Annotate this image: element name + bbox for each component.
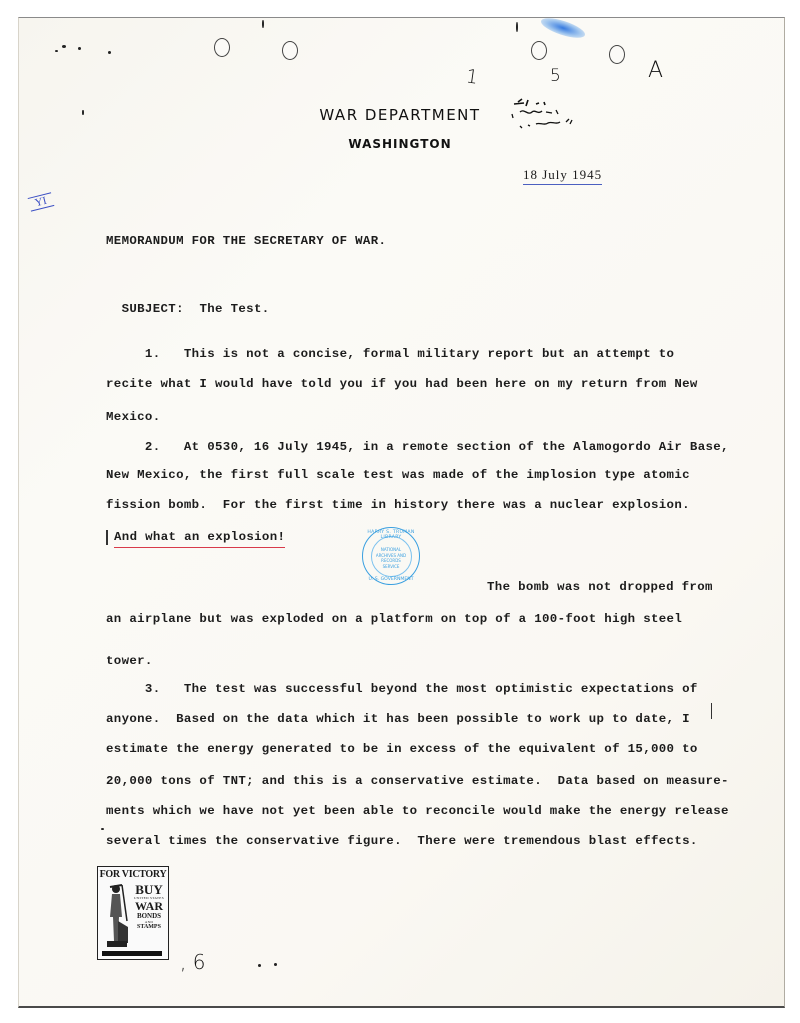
handwritten-scribble [508,98,588,136]
letterhead-title: WAR DEPARTMENT [0,106,800,124]
war-bond-buy: BUY [131,883,167,896]
memo-subject-line: SUBJECT: The Test. [106,288,270,316]
subject-value: The Test. [199,302,269,316]
paragraph-2-line-3: fission bomb. For the first time in hist… [106,498,690,512]
speck [108,51,111,54]
speck [258,964,261,967]
speck [62,45,66,48]
speck [274,963,277,966]
handwritten-page-mark: , 6 [180,950,205,974]
letterhead-location: WASHINGTON [0,137,800,151]
archive-stamp: HARRY S. TRUMAN LIBRARY NATIONAL ARCHIVE… [362,527,420,585]
document-page [18,17,785,1008]
punch-hole [609,45,625,64]
paragraph-1-line-3: Mexico. [106,410,161,424]
paragraph-2-line-5: The bomb was not dropped from [487,580,713,594]
paragraph-3-line-5: ments which we have not yet been able to… [106,804,729,818]
archive-stamp-line: SERVICE [363,564,419,570]
war-bond-stamps: STAMPS [131,924,167,931]
handwritten-mark-a: A [648,58,663,83]
speck [55,50,58,52]
margin-bar-mark [106,530,108,545]
paragraph-3-line-2: anyone. Based on the data which it has b… [106,712,690,726]
speck [262,20,264,28]
speck [82,110,84,115]
archive-stamp-top-text: HARRY S. TRUMAN LIBRARY [363,530,419,540]
margin-tick-mark [711,703,712,719]
war-bond-war: WAR [131,900,167,912]
minuteman-figure-icon [104,881,130,951]
subject-label: SUBJECT: [122,302,184,316]
paragraph-3-line-3: estimate the energy generated to be in e… [106,742,698,756]
war-bond-base-bar [102,951,162,956]
speck [101,828,104,830]
archive-stamp-bottom-text: U. S. GOVERNMENT [363,577,419,582]
war-bond-stamp: FOR VICTORY BUY UNITED STATES WAR BONDS … [97,866,169,960]
memo-date: 18 July 1945 [523,167,602,185]
paragraph-2-line-1: 2. At 0530, 16 July 1945, in a remote se… [106,440,729,454]
memo-addressee: MEMORANDUM FOR THE SECRETARY OF WAR. [106,234,386,248]
paragraph-2-line-7: tower. [106,654,153,668]
war-bond-top-text: FOR VICTORY [98,869,168,880]
paragraph-3-line-6: several times the conservative figure. T… [106,834,698,848]
paragraph-1-line-1: 1. This is not a concise, formal militar… [106,347,674,361]
war-bond-bonds: BONDS [131,912,167,920]
archive-stamp-center-text: NATIONAL ARCHIVES AND RECORDS SERVICE [363,547,419,569]
punch-hole [531,41,547,60]
punch-hole [282,41,298,60]
speck [516,22,518,32]
paragraph-2-line-4-highlighted: And what an explosion! [114,530,285,548]
paragraph-1-line-2: recite what I would have told you if you… [106,377,698,391]
war-bond-text: BUY UNITED STATES WAR BONDS AND STAMPS [131,883,167,931]
punch-hole [214,38,230,57]
paragraph-2-line-2: New Mexico, the first full scale test wa… [106,468,690,482]
speck [78,47,81,50]
handwritten-mark-5: 5 [550,66,561,86]
paragraph-2-line-6: an airplane but was exploded on a platfo… [106,612,682,626]
paragraph-3-line-1: 3. The test was successful beyond the mo… [106,682,698,696]
paragraph-3-line-4: 20,000 tons of TNT; and this is a conser… [106,774,729,788]
